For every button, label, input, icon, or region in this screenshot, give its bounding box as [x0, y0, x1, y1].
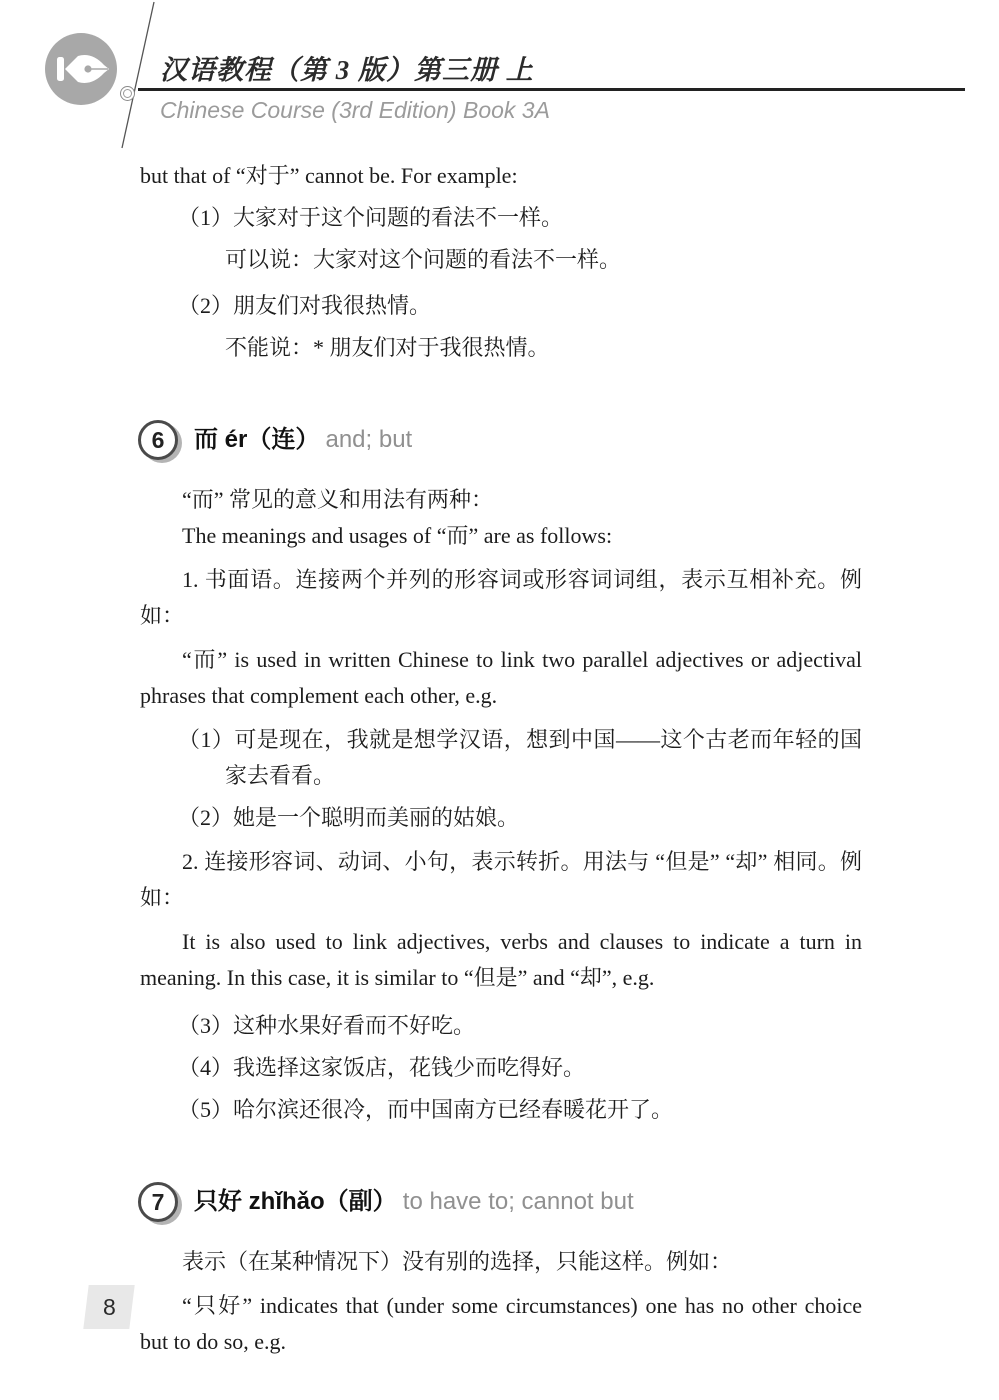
- ring-ornament-icon: [120, 86, 135, 101]
- intro-example-2-note: 不能说：* 朋友们对于我很热情。: [140, 330, 862, 366]
- section-6-example-3: （3）这种水果好看而不好吃。: [140, 1008, 862, 1044]
- example-text: 她是一个聪明而美丽的姑娘。: [233, 805, 519, 830]
- section-7-p2: “只好” indicates that (under some circumst…: [140, 1288, 862, 1360]
- page-number-box: 8: [83, 1285, 134, 1329]
- example-text: 朋友们对我很热情。: [233, 293, 431, 318]
- section-6-example-2: （2）她是一个聪明而美丽的姑娘。: [140, 800, 862, 836]
- example-number: （2）: [178, 293, 233, 318]
- section-6-p4: “而” is used in written Chinese to link t…: [140, 642, 862, 714]
- example-number: （4）: [178, 1055, 233, 1080]
- intro-example-1-note: 可以说：大家对这个问题的看法不一样。: [140, 242, 862, 278]
- section-title: 而 ér（连） and; but: [194, 422, 412, 458]
- section-6-heading: 6 而 ér（连） and; but: [138, 420, 862, 460]
- section-6-example-4: （4）我选择这家饭店，花钱少而吃得好。: [140, 1050, 862, 1086]
- example-number: （1）: [178, 727, 234, 752]
- example-number: （5）: [178, 1097, 233, 1122]
- section-6-p5: 2. 连接形容词、动词、小句，表示转折。用法与 “但是” “却” 相同。例如：: [140, 844, 862, 916]
- intro-example-2: （2）朋友们对我很热情。: [140, 288, 862, 324]
- example-text: 哈尔滨还很冷，而中国南方已经春暖花开了。: [233, 1097, 673, 1122]
- pen-nib-icon: [45, 33, 117, 105]
- english-gloss: to have to; cannot but: [403, 1188, 634, 1215]
- intro-lead: but that of “对于” cannot be. For example:: [140, 158, 862, 194]
- section-7-heading: 7 只好 zhǐhǎo（副） to have to; cannot but: [138, 1182, 862, 1222]
- example-text: 我选择这家饭店，花钱少而吃得好。: [233, 1055, 585, 1080]
- book-title-english: Chinese Course (3rd Edition) Book 3A: [160, 97, 550, 124]
- section-6-p2: The meanings and usages of “而” are as fo…: [140, 518, 862, 554]
- example-number: （2）: [178, 805, 233, 830]
- header-rule: [138, 88, 965, 91]
- example-number: （1）: [178, 205, 233, 230]
- example-text: 这种水果好看而不好吃。: [233, 1013, 475, 1038]
- section-7-p1: 表示（在某种情况下）没有别的选择，只能这样。例如：: [140, 1244, 862, 1280]
- section-6-p6: It is also used to link adjectives, verb…: [140, 924, 862, 996]
- intro-example-1: （1）大家对于这个问题的看法不一样。: [140, 200, 862, 236]
- page-content: but that of “对于” cannot be. For example:…: [140, 158, 862, 1360]
- section-6-example-1: （1）可是现在，我就是想学汉语，想到中国——这个古老而年轻的国家去看看。: [140, 722, 862, 794]
- headword: 而 ér（连）: [194, 426, 319, 453]
- section-6-p1: “而” 常见的意义和用法有两种：: [140, 482, 862, 518]
- section-6-p3: 1. 书面语。连接两个并列的形容词或形容词词组，表示互相补充。例如：: [140, 562, 862, 634]
- section-title: 只好 zhǐhǎo（副） to have to; cannot but: [194, 1184, 634, 1220]
- page-number: 8: [103, 1294, 116, 1321]
- section-number-badge: 6: [138, 420, 178, 460]
- headword: 只好 zhǐhǎo（副）: [194, 1188, 397, 1215]
- book-page: 汉语教程（第 3 版）第三册 上 Chinese Course (3rd Edi…: [0, 0, 999, 1400]
- english-gloss: and; but: [325, 426, 412, 453]
- example-text: 大家对于这个问题的看法不一样。: [233, 205, 563, 230]
- section-6-example-5: （5）哈尔滨还很冷，而中国南方已经春暖花开了。: [140, 1092, 862, 1128]
- page-header: 汉语教程（第 3 版）第三册 上 Chinese Course (3rd Edi…: [0, 0, 999, 150]
- example-number: （3）: [178, 1013, 233, 1038]
- section-number-badge: 7: [138, 1182, 178, 1222]
- example-text: 可是现在，我就是想学汉语，想到中国——这个古老而年轻的国家去看看。: [225, 727, 862, 788]
- book-title-chinese: 汉语教程（第 3 版）第三册 上: [160, 48, 534, 87]
